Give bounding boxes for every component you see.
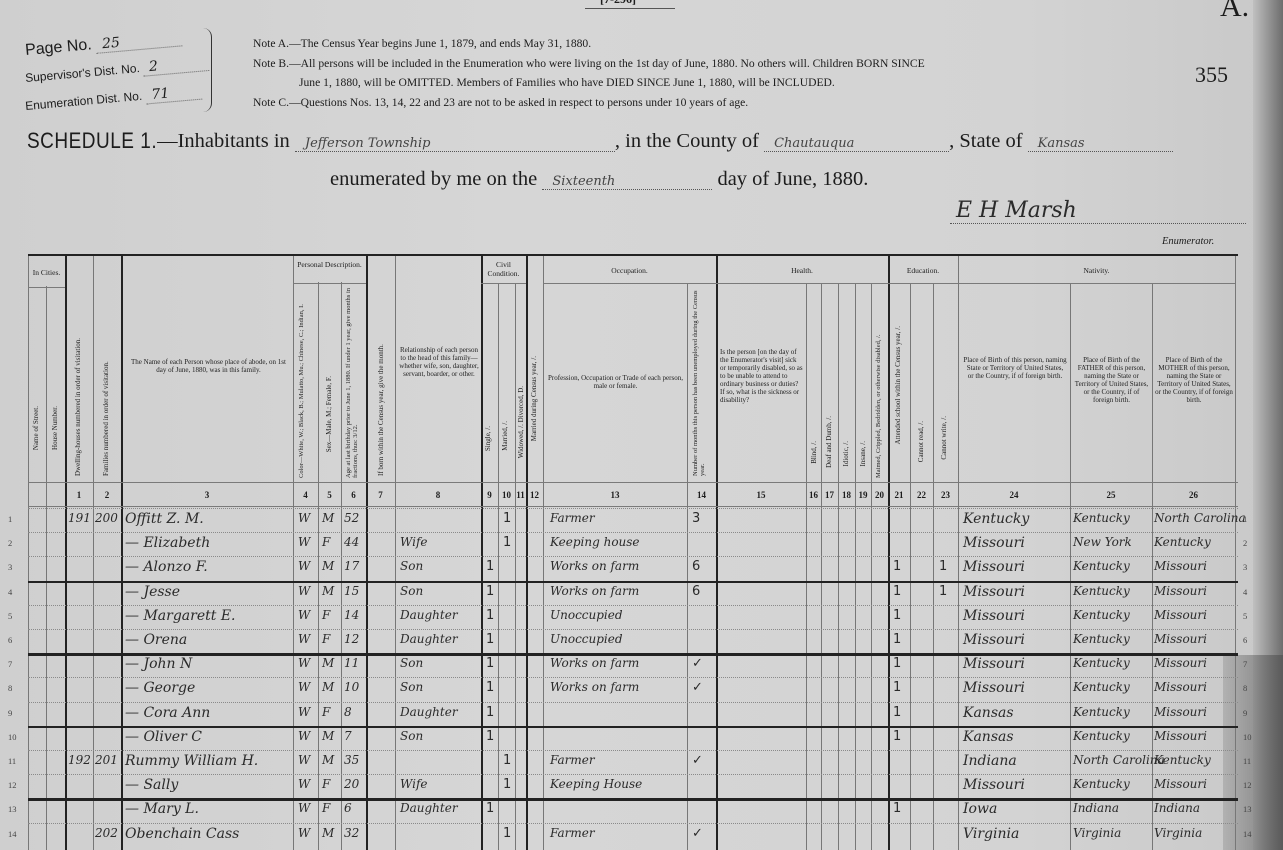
page-no-field: Page No. 25 <box>24 28 182 60</box>
row-divider <box>28 605 1238 607</box>
line-number: 10 <box>8 732 17 742</box>
birthplace-cell: Missouri <box>963 535 1025 551</box>
relation-cell: Daughter <box>400 632 458 646</box>
birthplace-cell: Missouri <box>963 584 1025 600</box>
enumerated-text: enumerated by me on the <box>330 168 537 190</box>
occupation-cell: Works on farm <box>550 680 639 694</box>
row-divider <box>28 508 1238 510</box>
colnum-3: 3 <box>121 490 293 500</box>
colnum-15: 15 <box>716 490 806 500</box>
colnum-12: 12 <box>526 490 543 500</box>
enumeration-value: 71 <box>145 83 202 105</box>
school-cell: 1 <box>893 656 901 671</box>
row-divider <box>28 629 1238 631</box>
school-cell: 1 <box>893 680 901 695</box>
unemployed-cell: ✓ <box>692 656 703 671</box>
name-cell: — John N <box>125 656 192 672</box>
occupation-cell: Farmer <box>550 826 595 840</box>
age-cell: 14 <box>344 608 359 622</box>
line-number: 11 <box>8 756 16 766</box>
mother-birthplace-cell: Missouri <box>1154 680 1207 694</box>
single-cell: 1 <box>486 559 494 574</box>
name-cell: — George <box>125 680 195 696</box>
group-nativity: Nativity. <box>958 266 1235 275</box>
family-cell: 202 <box>95 826 118 840</box>
father-birthplace-cell: North Carolina <box>1073 753 1165 767</box>
brace <box>203 28 212 112</box>
note-b: Note B.—All persons will be included in … <box>253 54 925 74</box>
color-cell: W <box>298 608 310 622</box>
mother-birthplace-cell: North Carolina <box>1154 511 1246 525</box>
relation-cell: Son <box>400 584 423 598</box>
col-house: House Number. <box>51 406 59 450</box>
row-divider <box>28 556 1238 558</box>
enumerator-label: Enumerator. <box>1162 236 1214 247</box>
name-cell: — Mary L. <box>125 801 199 817</box>
line-number: 9 <box>8 708 12 718</box>
line-number-right: 9 <box>1243 708 1247 718</box>
color-cell: W <box>298 777 310 791</box>
relation-cell: Son <box>400 559 423 573</box>
page-stamp-number: 355 <box>1195 62 1228 88</box>
color-cell: W <box>298 801 310 815</box>
state-text: , State of <box>949 130 1022 152</box>
col-maimed: Maimed, Crippled, Bedridden, or otherwis… <box>875 288 882 478</box>
mother-birthplace-cell: Kentucky <box>1154 535 1211 549</box>
occupation-cell: Unoccupied <box>550 632 623 646</box>
father-birthplace-cell: Kentucky <box>1073 705 1130 719</box>
birthplace-cell: Iowa <box>963 801 997 817</box>
line-number-right: 5 <box>1243 611 1247 621</box>
col-family: Families numbered in order of visitation… <box>102 306 110 476</box>
colnum-6: 6 <box>341 490 366 500</box>
row-divider <box>28 702 1238 704</box>
single-cell: 1 <box>486 801 494 816</box>
line-number-right: 13 <box>1243 804 1252 814</box>
relation-cell: Wife <box>400 777 428 791</box>
birthplace-cell: Missouri <box>963 777 1025 793</box>
enumerator-signature: E H Marsh <box>950 198 1246 224</box>
row-divider <box>28 750 1238 752</box>
unemployed-cell: 6 <box>692 559 700 574</box>
line-number: 7 <box>8 659 12 669</box>
married-cell: 1 <box>503 826 511 841</box>
name-cell: — Cora Ann <box>125 705 210 721</box>
supervisor-field: Supervisor's Dist. No. 2 <box>25 54 210 87</box>
census-page: [7-296] A. 355 Page No. 25 Supervisor's … <box>0 0 1283 850</box>
colnum-19: 19 <box>855 490 871 500</box>
col-cannot-write: Cannot write, /. <box>940 416 948 460</box>
top-fragment: [7-296] <box>600 0 636 7</box>
line-number: 1 <box>8 514 12 524</box>
color-cell: W <box>298 511 310 525</box>
colnum-9: 9 <box>481 490 498 500</box>
line-number: 4 <box>8 587 12 597</box>
relation-cell: Son <box>400 680 423 694</box>
birthplace-cell: Kansas <box>963 705 1014 721</box>
supervisor-label: Supervisor's Dist. No. <box>25 61 141 85</box>
school-cell: 1 <box>893 632 901 647</box>
name-cell: — Elizabeth <box>125 535 210 551</box>
line-number: 14 <box>8 829 17 839</box>
occupation-cell: Keeping house <box>550 535 640 549</box>
page-no-label: Page No. <box>24 36 92 59</box>
father-birthplace-cell: Kentucky <box>1073 608 1130 622</box>
mother-birthplace-cell: Virginia <box>1154 826 1202 840</box>
cant-write-cell: 1 <box>939 559 947 574</box>
line-number: 12 <box>8 780 17 790</box>
colnum-17: 17 <box>821 490 838 500</box>
sex-cell: F <box>322 705 330 719</box>
line-number-right: 11 <box>1243 756 1251 766</box>
age-cell: 11 <box>344 656 359 670</box>
colnum-4: 4 <box>293 490 318 500</box>
father-birthplace-cell: Kentucky <box>1073 511 1130 525</box>
school-cell: 1 <box>893 584 901 599</box>
line-number-right: 6 <box>1243 635 1247 645</box>
age-cell: 7 <box>344 729 352 743</box>
sex-cell: F <box>322 535 330 549</box>
col-dwelling: Dwelling-houses numbered in order of vis… <box>74 306 82 476</box>
unemployed-cell: 6 <box>692 584 700 599</box>
group-health: Health. <box>716 266 888 275</box>
group-occupation: Occupation. <box>543 266 716 275</box>
col-born-month: If born within the Census year, give the… <box>377 306 385 476</box>
father-birthplace-cell: Kentucky <box>1073 729 1130 743</box>
mother-birthplace-cell: Missouri <box>1154 584 1207 598</box>
col-occupation: Profession, Occupation or Trade of each … <box>548 374 683 390</box>
name-cell: — Alonzo F. <box>125 559 208 575</box>
father-birthplace-cell: Kentucky <box>1073 680 1130 694</box>
group-civil: Civil Condition. <box>481 260 526 278</box>
enumeration-label: Enumeration Dist. No. <box>25 89 143 113</box>
colnum-16: 16 <box>806 490 821 500</box>
name-cell: — Sally <box>125 777 178 793</box>
colnum-7: 7 <box>366 490 395 500</box>
row-divider-thick <box>28 798 1238 801</box>
name-cell: Obenchain Cass <box>125 826 239 842</box>
col-deaf: Deaf and Dumb, /. <box>825 416 833 468</box>
colnum-14: 14 <box>687 490 716 500</box>
married-cell: 1 <box>503 777 511 792</box>
single-cell: 1 <box>486 632 494 647</box>
colnum-25: 25 <box>1070 490 1152 500</box>
colnum-23: 23 <box>933 490 958 500</box>
mother-birthplace-cell: Missouri <box>1154 559 1207 573</box>
birthplace-cell: Missouri <box>963 656 1025 672</box>
single-cell: 1 <box>486 584 494 599</box>
col-birthplace: Place of Birth of this person, naming St… <box>963 356 1067 380</box>
age-cell: 44 <box>344 535 359 549</box>
col-name: The Name of each Person whose place of a… <box>131 358 286 374</box>
dwelling-cell: 191 <box>68 511 91 525</box>
color-cell: W <box>298 753 310 767</box>
schedule-letter: A. <box>1220 0 1249 24</box>
col-unemployed: Number of months this person has been un… <box>692 286 712 476</box>
row-divider <box>28 774 1238 776</box>
married-cell: 1 <box>503 511 511 526</box>
sex-cell: M <box>322 680 334 694</box>
colnum-18: 18 <box>838 490 855 500</box>
birthplace-cell: Missouri <box>963 680 1025 696</box>
schedule-label: SCHEDULE 1. <box>27 129 157 154</box>
school-cell: 1 <box>893 705 901 720</box>
line-number: 6 <box>8 635 12 645</box>
color-cell: W <box>298 584 310 598</box>
col-color: Color—White, W.; Black, B.; Mulatto, Mu.… <box>298 288 305 478</box>
birthplace-cell: Missouri <box>963 608 1025 624</box>
sex-cell: F <box>322 608 330 622</box>
occupation-cell: Unoccupied <box>550 608 623 622</box>
name-cell: — Margarett E. <box>125 608 235 624</box>
mother-birthplace-cell: Missouri <box>1154 729 1207 743</box>
color-cell: W <box>298 656 310 670</box>
age-cell: 10 <box>344 680 359 694</box>
birthplace-cell: Kansas <box>963 729 1014 745</box>
unemployed-cell: ✓ <box>692 680 703 695</box>
father-birthplace-cell: Kentucky <box>1073 777 1130 791</box>
age-cell: 12 <box>344 632 359 646</box>
top-rule <box>585 8 675 9</box>
color-cell: W <box>298 826 310 840</box>
line-number-right: 14 <box>1243 829 1252 839</box>
mother-birthplace-cell: Missouri <box>1154 705 1207 719</box>
inhabitants-text: —Inhabitants in <box>157 130 290 152</box>
sex-cell: M <box>322 511 334 525</box>
colnum-24: 24 <box>958 490 1070 500</box>
mother-birthplace-cell: Missouri <box>1154 656 1207 670</box>
birthplace-cell: Kentucky <box>963 511 1029 527</box>
mother-birthplace-cell: Kentucky <box>1154 753 1211 767</box>
mother-birthplace-cell: Indiana <box>1154 801 1200 815</box>
line-number-right: 2 <box>1243 538 1247 548</box>
line-number-right: 3 <box>1243 562 1247 572</box>
family-cell: 200 <box>95 511 118 525</box>
sex-cell: M <box>322 826 334 840</box>
name-cell: Offitt Z. M. <box>125 511 204 527</box>
color-cell: W <box>298 632 310 646</box>
col-school: Attended school within the Census year, … <box>894 326 902 444</box>
unemployed-cell: ✓ <box>692 826 703 841</box>
sex-cell: F <box>322 801 330 815</box>
age-cell: 6 <box>344 801 352 815</box>
father-birthplace-cell: Indiana <box>1073 801 1119 815</box>
single-cell: 1 <box>486 608 494 623</box>
school-cell: 1 <box>893 608 901 623</box>
name-cell: — Orena <box>125 632 187 648</box>
father-birthplace-cell: Kentucky <box>1073 632 1130 646</box>
color-cell: W <box>298 705 310 719</box>
notes: Note A.—The Census Year begins June 1, 1… <box>253 34 925 112</box>
group-in-cities: In Cities. <box>28 268 65 277</box>
line-number-right: 10 <box>1243 732 1252 742</box>
col-age: Age at last birthday prior to June 1, 18… <box>345 288 363 478</box>
relation-cell: Daughter <box>400 608 458 622</box>
colnum-11: 11 <box>515 490 526 500</box>
sex-cell: M <box>322 729 334 743</box>
line-number: 8 <box>8 683 12 693</box>
occupation-cell: Farmer <box>550 753 595 767</box>
occupation-cell: Works on farm <box>550 559 639 573</box>
row-divider <box>28 532 1238 534</box>
mother-birthplace-cell: Missouri <box>1154 608 1207 622</box>
col-blind: Blind, /. <box>810 441 818 464</box>
group-education: Education. <box>888 266 958 275</box>
school-cell: 1 <box>893 729 901 744</box>
col-father-birthplace: Place of Birth of the FATHER of this per… <box>1073 356 1150 404</box>
row-divider <box>28 823 1238 825</box>
name-cell: — Oliver C <box>125 729 202 745</box>
school-cell: 1 <box>893 801 901 816</box>
school-cell: 1 <box>893 559 901 574</box>
note-c: Note C.—Questions Nos. 13, 14, 22 and 23… <box>253 93 925 113</box>
sex-cell: M <box>322 753 334 767</box>
age-cell: 52 <box>344 511 359 525</box>
occupation-cell: Works on farm <box>550 656 639 670</box>
col-relationship: Relationship of each person to the head … <box>399 346 479 378</box>
colnum-20: 20 <box>871 490 888 500</box>
colnum-13: 13 <box>543 490 687 500</box>
col-street: Name of Street. <box>32 406 40 450</box>
sex-cell: F <box>322 777 330 791</box>
county-text: , in the County of <box>615 130 759 152</box>
col-single: Single, /. <box>484 426 492 451</box>
age-cell: 32 <box>344 826 359 840</box>
dwelling-cell: 192 <box>68 753 91 767</box>
col-sex: Sex—Male, M.; Female, F. <box>325 376 333 452</box>
colnum-21: 21 <box>888 490 910 500</box>
day-suffix: day of June, 1880. <box>717 168 868 190</box>
age-cell: 15 <box>344 584 359 598</box>
day-value: Sixteenth <box>542 174 712 190</box>
sex-cell: M <box>322 559 334 573</box>
colnum-10: 10 <box>498 490 515 500</box>
line-number: 2 <box>8 538 12 548</box>
age-cell: 35 <box>344 753 359 767</box>
col-cannot-read: Cannot read, /. <box>917 421 925 462</box>
line-number-right: 8 <box>1243 683 1247 693</box>
birthplace-cell: Missouri <box>963 559 1025 575</box>
family-cell: 201 <box>95 753 118 767</box>
occupation-cell: Works on farm <box>550 584 639 598</box>
father-birthplace-cell: Kentucky <box>1073 559 1130 573</box>
relation-cell: Wife <box>400 535 428 549</box>
father-birthplace-cell: New York <box>1073 535 1132 549</box>
col-insane: Insane, /. <box>859 441 867 466</box>
age-cell: 17 <box>344 559 359 573</box>
married-cell: 1 <box>503 753 511 768</box>
colnum-1: 1 <box>65 490 93 500</box>
mother-birthplace-cell: Missouri <box>1154 632 1207 646</box>
relation-cell: Son <box>400 656 423 670</box>
age-cell: 20 <box>344 777 359 791</box>
color-cell: W <box>298 535 310 549</box>
col-widowed: Widowed, /. Divorced, D. <box>517 386 525 458</box>
colnum-8: 8 <box>395 490 481 500</box>
row-divider-thick <box>28 726 1238 729</box>
colnum-22: 22 <box>910 490 933 500</box>
single-cell: 1 <box>486 680 494 695</box>
birthplace-cell: Virginia <box>963 826 1019 842</box>
occupation-cell: Keeping House <box>550 777 642 791</box>
col-married: Married, /. <box>501 421 509 451</box>
cant-write-cell: 1 <box>939 584 947 599</box>
colnum-2: 2 <box>93 490 121 500</box>
note-a: Note A.—The Census Year begins June 1, 1… <box>253 34 925 54</box>
col-married-census: Married during Census year, /. <box>530 356 538 441</box>
census-table: In Cities. Personal Description. Civil C… <box>28 254 1238 850</box>
col-idiotic: Idiotic, /. <box>842 441 850 466</box>
note-b-cont: June 1, 1880, will be OMITTED. Members o… <box>253 73 925 93</box>
relation-cell: Son <box>400 729 423 743</box>
father-birthplace-cell: Kentucky <box>1073 656 1130 670</box>
col-mother-birthplace: Place of Birth of the MOTHER of this per… <box>1155 356 1233 404</box>
line-number: 5 <box>8 611 12 621</box>
single-cell: 1 <box>486 729 494 744</box>
enumeration-field: Enumeration Dist. No. 71 <box>25 83 203 115</box>
schedule-title: SCHEDULE 1.—Inhabitants in Jefferson Tow… <box>27 130 1173 153</box>
name-cell: Rummy William H. <box>125 753 258 769</box>
line-number: 13 <box>8 804 17 814</box>
page-no-value: 25 <box>95 29 182 53</box>
occupation-cell: Farmer <box>550 511 595 525</box>
state-value: Kansas <box>1028 136 1173 152</box>
unemployed-cell: ✓ <box>692 753 703 768</box>
name-cell: — Jesse <box>125 584 180 600</box>
group-personal: Personal Description. <box>293 260 366 269</box>
colnum-5: 5 <box>318 490 341 500</box>
line-number-right: 12 <box>1243 780 1252 790</box>
line-number: 3 <box>8 562 12 572</box>
relation-cell: Daughter <box>400 705 458 719</box>
line-number-right: 4 <box>1243 587 1247 597</box>
color-cell: W <box>298 729 310 743</box>
township-value: Jefferson Township <box>295 136 615 152</box>
line-number-right: 7 <box>1243 659 1247 669</box>
birthplace-cell: Missouri <box>963 632 1025 648</box>
color-cell: W <box>298 680 310 694</box>
col-sick: Is the person [on the day of the Enumera… <box>720 348 804 404</box>
color-cell: W <box>298 559 310 573</box>
father-birthplace-cell: Virginia <box>1073 826 1121 840</box>
sex-cell: M <box>322 584 334 598</box>
enumerated-line: enumerated by me on the Sixteenth day of… <box>330 168 868 191</box>
row-divider <box>28 677 1238 679</box>
sex-cell: M <box>322 656 334 670</box>
county-value: Chautauqua <box>764 136 949 152</box>
unemployed-cell: 3 <box>692 511 700 526</box>
relation-cell: Daughter <box>400 801 458 815</box>
married-cell: 1 <box>503 535 511 550</box>
sex-cell: F <box>322 632 330 646</box>
birthplace-cell: Indiana <box>963 753 1017 769</box>
mother-birthplace-cell: Missouri <box>1154 777 1207 791</box>
father-birthplace-cell: Kentucky <box>1073 584 1130 598</box>
age-cell: 8 <box>344 705 352 719</box>
supervisor-value: 2 <box>142 54 209 77</box>
single-cell: 1 <box>486 656 494 671</box>
colnum-26: 26 <box>1152 490 1235 500</box>
single-cell: 1 <box>486 705 494 720</box>
